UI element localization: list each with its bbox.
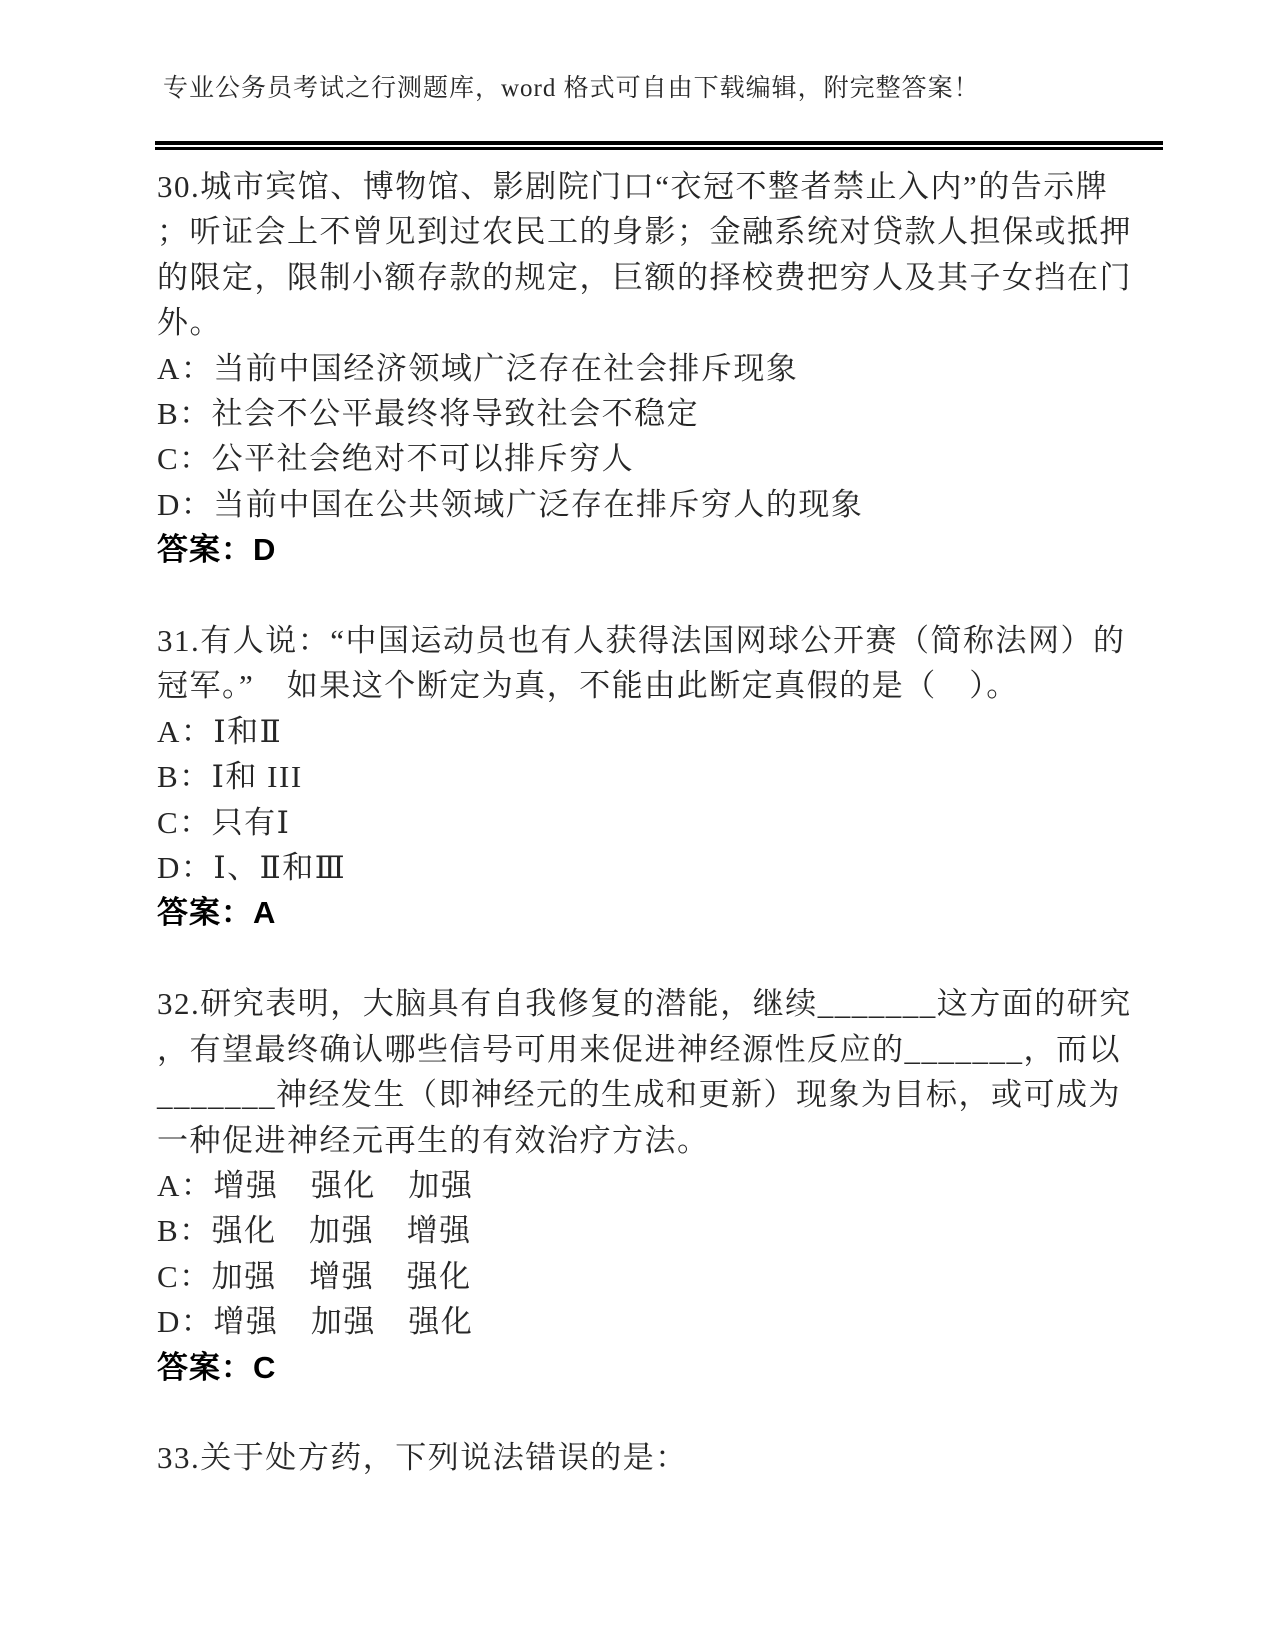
question-30-stem-line-1: 30.城市宾馆、博物馆、影剧院门口“衣冠不整者禁止入内”的告示牌: [157, 164, 1167, 209]
question-31-option-a: A：Ⅰ和Ⅱ: [157, 709, 1167, 754]
question-30-option-c: C：公平社会绝对不可以排斥穷人: [157, 436, 1167, 481]
question-30-stem-line-4: 外。: [157, 300, 1167, 345]
question-30-option-a: A：当前中国经济领域广泛存在社会排斥现象: [157, 346, 1167, 391]
question-33: 33.关于处方药，下列说法错误的是：: [157, 1435, 1167, 1480]
question-31-stem-line-1: 31.有人说：“中国运动员也有人获得法国网球公开赛（简称法网）的: [157, 618, 1167, 663]
question-32: 32.研究表明，大脑具有自我修复的潜能，继续_______这方面的研究 ，有望最…: [157, 981, 1167, 1390]
question-30-option-b: B：社会不公平最终将导致社会不稳定: [157, 391, 1167, 436]
question-31-option-d: D：Ⅰ、Ⅱ和Ⅲ: [157, 845, 1167, 890]
question-32-stem-line-2: ，有望最终确认哪些信号可用来促进神经源性反应的_______，而以: [157, 1027, 1167, 1072]
question-30-option-d: D：当前中国在公共领域广泛存在排斥穷人的现象: [157, 482, 1167, 527]
page-header-text: 专业公务员考试之行测题库，word 格式可自由下载编辑，附完整答案！: [163, 72, 980, 106]
question-32-option-c: C：加强 增强 强化: [157, 1254, 1167, 1299]
question-30-answer: 答案：D: [157, 527, 1167, 572]
questions-area: 30.城市宾馆、博物馆、影剧院门口“衣冠不整者禁止入内”的告示牌 ；听证会上不曾…: [157, 164, 1167, 1481]
question-32-stem-line-3: _______神经发生（即神经元的生成和更新）现象为目标，或可成为: [157, 1072, 1167, 1117]
question-31-option-b: B：Ⅰ和 III: [157, 754, 1167, 799]
question-32-answer: 答案：C: [157, 1345, 1167, 1390]
question-32-option-d: D：增强 加强 强化: [157, 1299, 1167, 1344]
question-30: 30.城市宾馆、博物馆、影剧院门口“衣冠不整者禁止入内”的告示牌 ；听证会上不曾…: [157, 164, 1167, 573]
question-31-stem-line-2: 冠军。” 如果这个断定为真，不能由此断定真假的是（ ）。: [157, 663, 1167, 708]
question-31-answer: 答案：A: [157, 890, 1167, 935]
question-32-option-a: A：增强 强化 加强: [157, 1163, 1167, 1208]
question-30-stem-line-3: 的限定，限制小额存款的规定，巨额的择校费把穷人及其子女挡在门: [157, 255, 1167, 300]
question-32-stem-line-1: 32.研究表明，大脑具有自我修复的潜能，继续_______这方面的研究: [157, 981, 1167, 1026]
question-32-stem-line-4: 一种促进神经元再生的有效治疗方法。: [157, 1118, 1167, 1163]
question-31-option-c: C：只有Ⅰ: [157, 800, 1167, 845]
question-30-stem-line-2: ；听证会上不曾见到过农民工的身影；金融系统对贷款人担保或抵押: [157, 209, 1167, 254]
question-33-stem-line-1: 33.关于处方药，下列说法错误的是：: [157, 1435, 1167, 1480]
document-page: 专业公务员考试之行测题库，word 格式可自由下载编辑，附完整答案！ 30.城市…: [0, 0, 1275, 1650]
question-31: 31.有人说：“中国运动员也有人获得法国网球公开赛（简称法网）的 冠军。” 如果…: [157, 618, 1167, 936]
header-divider-rule: [155, 141, 1163, 150]
question-32-option-b: B：强化 加强 增强: [157, 1208, 1167, 1253]
